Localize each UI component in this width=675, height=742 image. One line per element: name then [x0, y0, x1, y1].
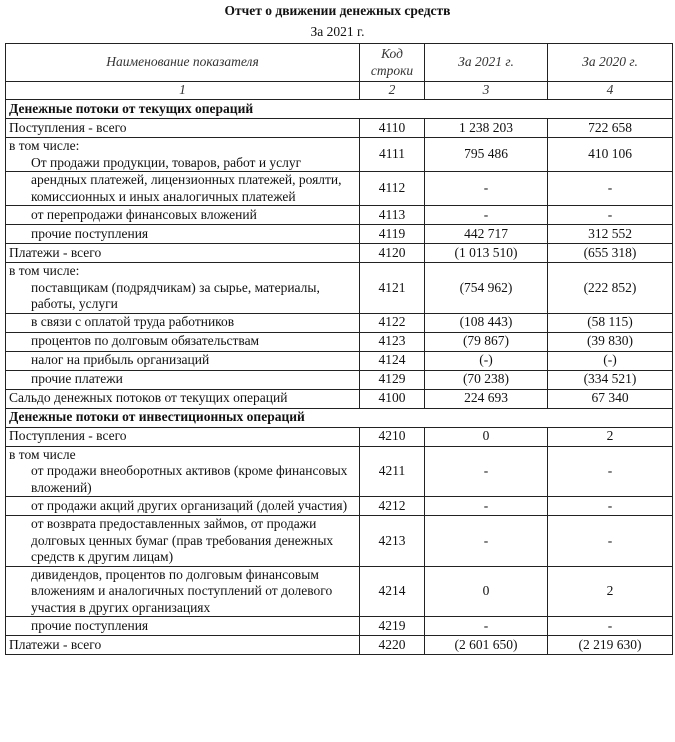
indicator-name-cell: Поступления - всего [6, 427, 360, 446]
indicator-name: Платежи - всего [9, 245, 101, 260]
value-2021: - [425, 516, 548, 567]
value-2020: 410 106 [548, 138, 673, 172]
indicator-name: Сальдо денежных потоков от текущих опера… [9, 390, 287, 405]
row-code: 4214 [360, 566, 425, 617]
value-2020: (334 521) [548, 370, 673, 389]
value-2020: - [548, 516, 673, 567]
header-row: Наименование показателя Код строки За 20… [6, 44, 673, 82]
value-2021: 0 [425, 427, 548, 446]
table-row: налог на прибыль организаций4124(-)(-) [6, 351, 673, 370]
value-2020: - [548, 446, 673, 497]
indicator-name: от возврата предоставленных займов, от п… [9, 516, 356, 566]
header-2021: За 2021 г. [425, 44, 548, 82]
indicator-name-cell: от перепродажи финансовых вложений [6, 206, 360, 225]
value-2021: (2 601 650) [425, 636, 548, 655]
table-row: арендных платежей, лицензионных платежей… [6, 172, 673, 206]
value-2020: 2 [548, 427, 673, 446]
value-2021: - [425, 206, 548, 225]
column-number: 3 [425, 82, 548, 100]
row-code: 4100 [360, 389, 425, 408]
indicator-name-cell: процентов по долговым обязательствам [6, 332, 360, 351]
table-row: от перепродажи финансовых вложений4113-- [6, 206, 673, 225]
value-2020: - [548, 617, 673, 636]
indicator-name-cell: Сальдо денежных потоков от текущих опера… [6, 389, 360, 408]
column-number: 2 [360, 82, 425, 100]
indicator-name: от перепродажи финансовых вложений [9, 207, 356, 224]
indicator-name: прочие поступления [9, 618, 356, 635]
row-code: 4110 [360, 119, 425, 138]
indicator-name: дивидендов, процентов по долговым финанс… [9, 567, 356, 617]
table-row: прочие поступления4219-- [6, 617, 673, 636]
value-2021: - [425, 446, 548, 497]
row-code: 4121 [360, 263, 425, 314]
indicator-name: Платежи - всего [9, 637, 101, 652]
value-2021: (79 867) [425, 332, 548, 351]
indicator-name: От продажи продукции, товаров, работ и у… [9, 155, 356, 172]
value-2020: (2 219 630) [548, 636, 673, 655]
row-code: 4213 [360, 516, 425, 567]
row-prefix: в том числе: [9, 263, 356, 280]
row-code: 4122 [360, 313, 425, 332]
table-row: Сальдо денежных потоков от текущих опера… [6, 389, 673, 408]
value-2021: (108 443) [425, 313, 548, 332]
row-code: 4113 [360, 206, 425, 225]
indicator-name-cell: прочие поступления [6, 617, 360, 636]
indicator-name: прочие платежи [9, 371, 356, 388]
indicator-name-cell: арендных платежей, лицензионных платежей… [6, 172, 360, 206]
table-row: Платежи - всего4220(2 601 650)(2 219 630… [6, 636, 673, 655]
row-code: 4129 [360, 370, 425, 389]
indicator-name: налог на прибыль организаций [9, 352, 356, 369]
indicator-name-cell: Платежи - всего [6, 244, 360, 263]
indicator-name-cell: от возврата предоставленных займов, от п… [6, 516, 360, 567]
row-code: 4124 [360, 351, 425, 370]
row-prefix: в том числе [9, 447, 356, 464]
indicator-name: Поступления - всего [9, 428, 127, 443]
row-code: 4111 [360, 138, 425, 172]
indicator-name: процентов по долговым обязательствам [9, 333, 356, 350]
header-name: Наименование показателя [6, 44, 360, 82]
report-title: Отчет о движении денежных средств [0, 3, 675, 19]
indicator-name-cell: в связи с оплатой труда работников [6, 313, 360, 332]
value-2021: (1 013 510) [425, 244, 548, 263]
table-row: в том числе:поставщикам (подрядчикам) за… [6, 263, 673, 314]
column-number-row: 1 2 3 4 [6, 82, 673, 100]
indicator-name-cell: в том числе:поставщикам (подрядчикам) за… [6, 263, 360, 314]
row-code: 4123 [360, 332, 425, 351]
indicator-name-cell: Платежи - всего [6, 636, 360, 655]
table-row: прочие поступления4119442 717312 552 [6, 225, 673, 244]
row-code: 4220 [360, 636, 425, 655]
value-2021: - [425, 497, 548, 516]
table-body: Денежные потоки от текущих операцийПосту… [6, 100, 673, 655]
table-row: в том числеот продажи внеоборотных актив… [6, 446, 673, 497]
table-row: Поступления - всего421002 [6, 427, 673, 446]
table-row: в том числе:От продажи продукции, товаро… [6, 138, 673, 172]
indicator-name-cell: прочие поступления [6, 225, 360, 244]
row-code: 4210 [360, 427, 425, 446]
value-2021: (754 962) [425, 263, 548, 314]
row-code: 4219 [360, 617, 425, 636]
indicator-name: от продажи акций других организаций (дол… [9, 498, 356, 515]
report-period: За 2021 г. [0, 24, 675, 40]
indicator-name: прочие поступления [9, 226, 356, 243]
value-2021: (-) [425, 351, 548, 370]
cash-flow-table: Наименование показателя Код строки За 20… [5, 43, 673, 655]
value-2020: 2 [548, 566, 673, 617]
value-2020: - [548, 206, 673, 225]
table-row: прочие платежи4129(70 238)(334 521) [6, 370, 673, 389]
value-2020: - [548, 497, 673, 516]
table-row: Платежи - всего4120(1 013 510)(655 318) [6, 244, 673, 263]
table-row: дивидендов, процентов по долговым финанс… [6, 566, 673, 617]
indicator-name-cell: Поступления - всего [6, 119, 360, 138]
value-2021: 0 [425, 566, 548, 617]
column-number: 4 [548, 82, 673, 100]
value-2021: (70 238) [425, 370, 548, 389]
indicator-name: арендных платежей, лицензионных платежей… [9, 172, 356, 205]
value-2020: (39 830) [548, 332, 673, 351]
table-row: процентов по долговым обязательствам4123… [6, 332, 673, 351]
indicator-name-cell: в том числе:От продажи продукции, товаро… [6, 138, 360, 172]
section-header-row: Денежные потоки от текущих операций [6, 100, 673, 119]
value-2021: 224 693 [425, 389, 548, 408]
column-number: 1 [6, 82, 360, 100]
indicator-name-cell: от продажи акций других организаций (дол… [6, 497, 360, 516]
value-2021: - [425, 617, 548, 636]
indicator-name-cell: налог на прибыль организаций [6, 351, 360, 370]
row-code: 4112 [360, 172, 425, 206]
value-2020: (58 115) [548, 313, 673, 332]
table-row: от продажи акций других организаций (дол… [6, 497, 673, 516]
row-code: 4120 [360, 244, 425, 263]
indicator-name-cell: прочие платежи [6, 370, 360, 389]
section-title: Денежные потоки от инвестиционных операц… [6, 408, 673, 427]
value-2020: - [548, 172, 673, 206]
value-2020: (222 852) [548, 263, 673, 314]
row-code: 4212 [360, 497, 425, 516]
row-code: 4119 [360, 225, 425, 244]
row-code: 4211 [360, 446, 425, 497]
header-2020: За 2020 г. [548, 44, 673, 82]
value-2021: 442 717 [425, 225, 548, 244]
value-2020: (-) [548, 351, 673, 370]
value-2020: (655 318) [548, 244, 673, 263]
section-header-row: Денежные потоки от инвестиционных операц… [6, 408, 673, 427]
indicator-name: Поступления - всего [9, 120, 127, 135]
value-2021: - [425, 172, 548, 206]
table-row: в связи с оплатой труда работников4122(1… [6, 313, 673, 332]
indicator-name: в связи с оплатой труда работников [9, 314, 356, 331]
value-2021: 795 486 [425, 138, 548, 172]
value-2020: 722 658 [548, 119, 673, 138]
indicator-name: от продажи внеоборотных активов (кроме ф… [9, 463, 356, 496]
indicator-name: поставщикам (подрядчикам) за сырье, мате… [9, 280, 356, 313]
header-code: Код строки [360, 44, 425, 82]
section-title: Денежные потоки от текущих операций [6, 100, 673, 119]
indicator-name-cell: дивидендов, процентов по долговым финанс… [6, 566, 360, 617]
value-2021: 1 238 203 [425, 119, 548, 138]
value-2020: 67 340 [548, 389, 673, 408]
value-2020: 312 552 [548, 225, 673, 244]
row-prefix: в том числе: [9, 138, 356, 155]
table-row: от возврата предоставленных займов, от п… [6, 516, 673, 567]
indicator-name-cell: в том числеот продажи внеоборотных актив… [6, 446, 360, 497]
table-row: Поступления - всего41101 238 203722 658 [6, 119, 673, 138]
